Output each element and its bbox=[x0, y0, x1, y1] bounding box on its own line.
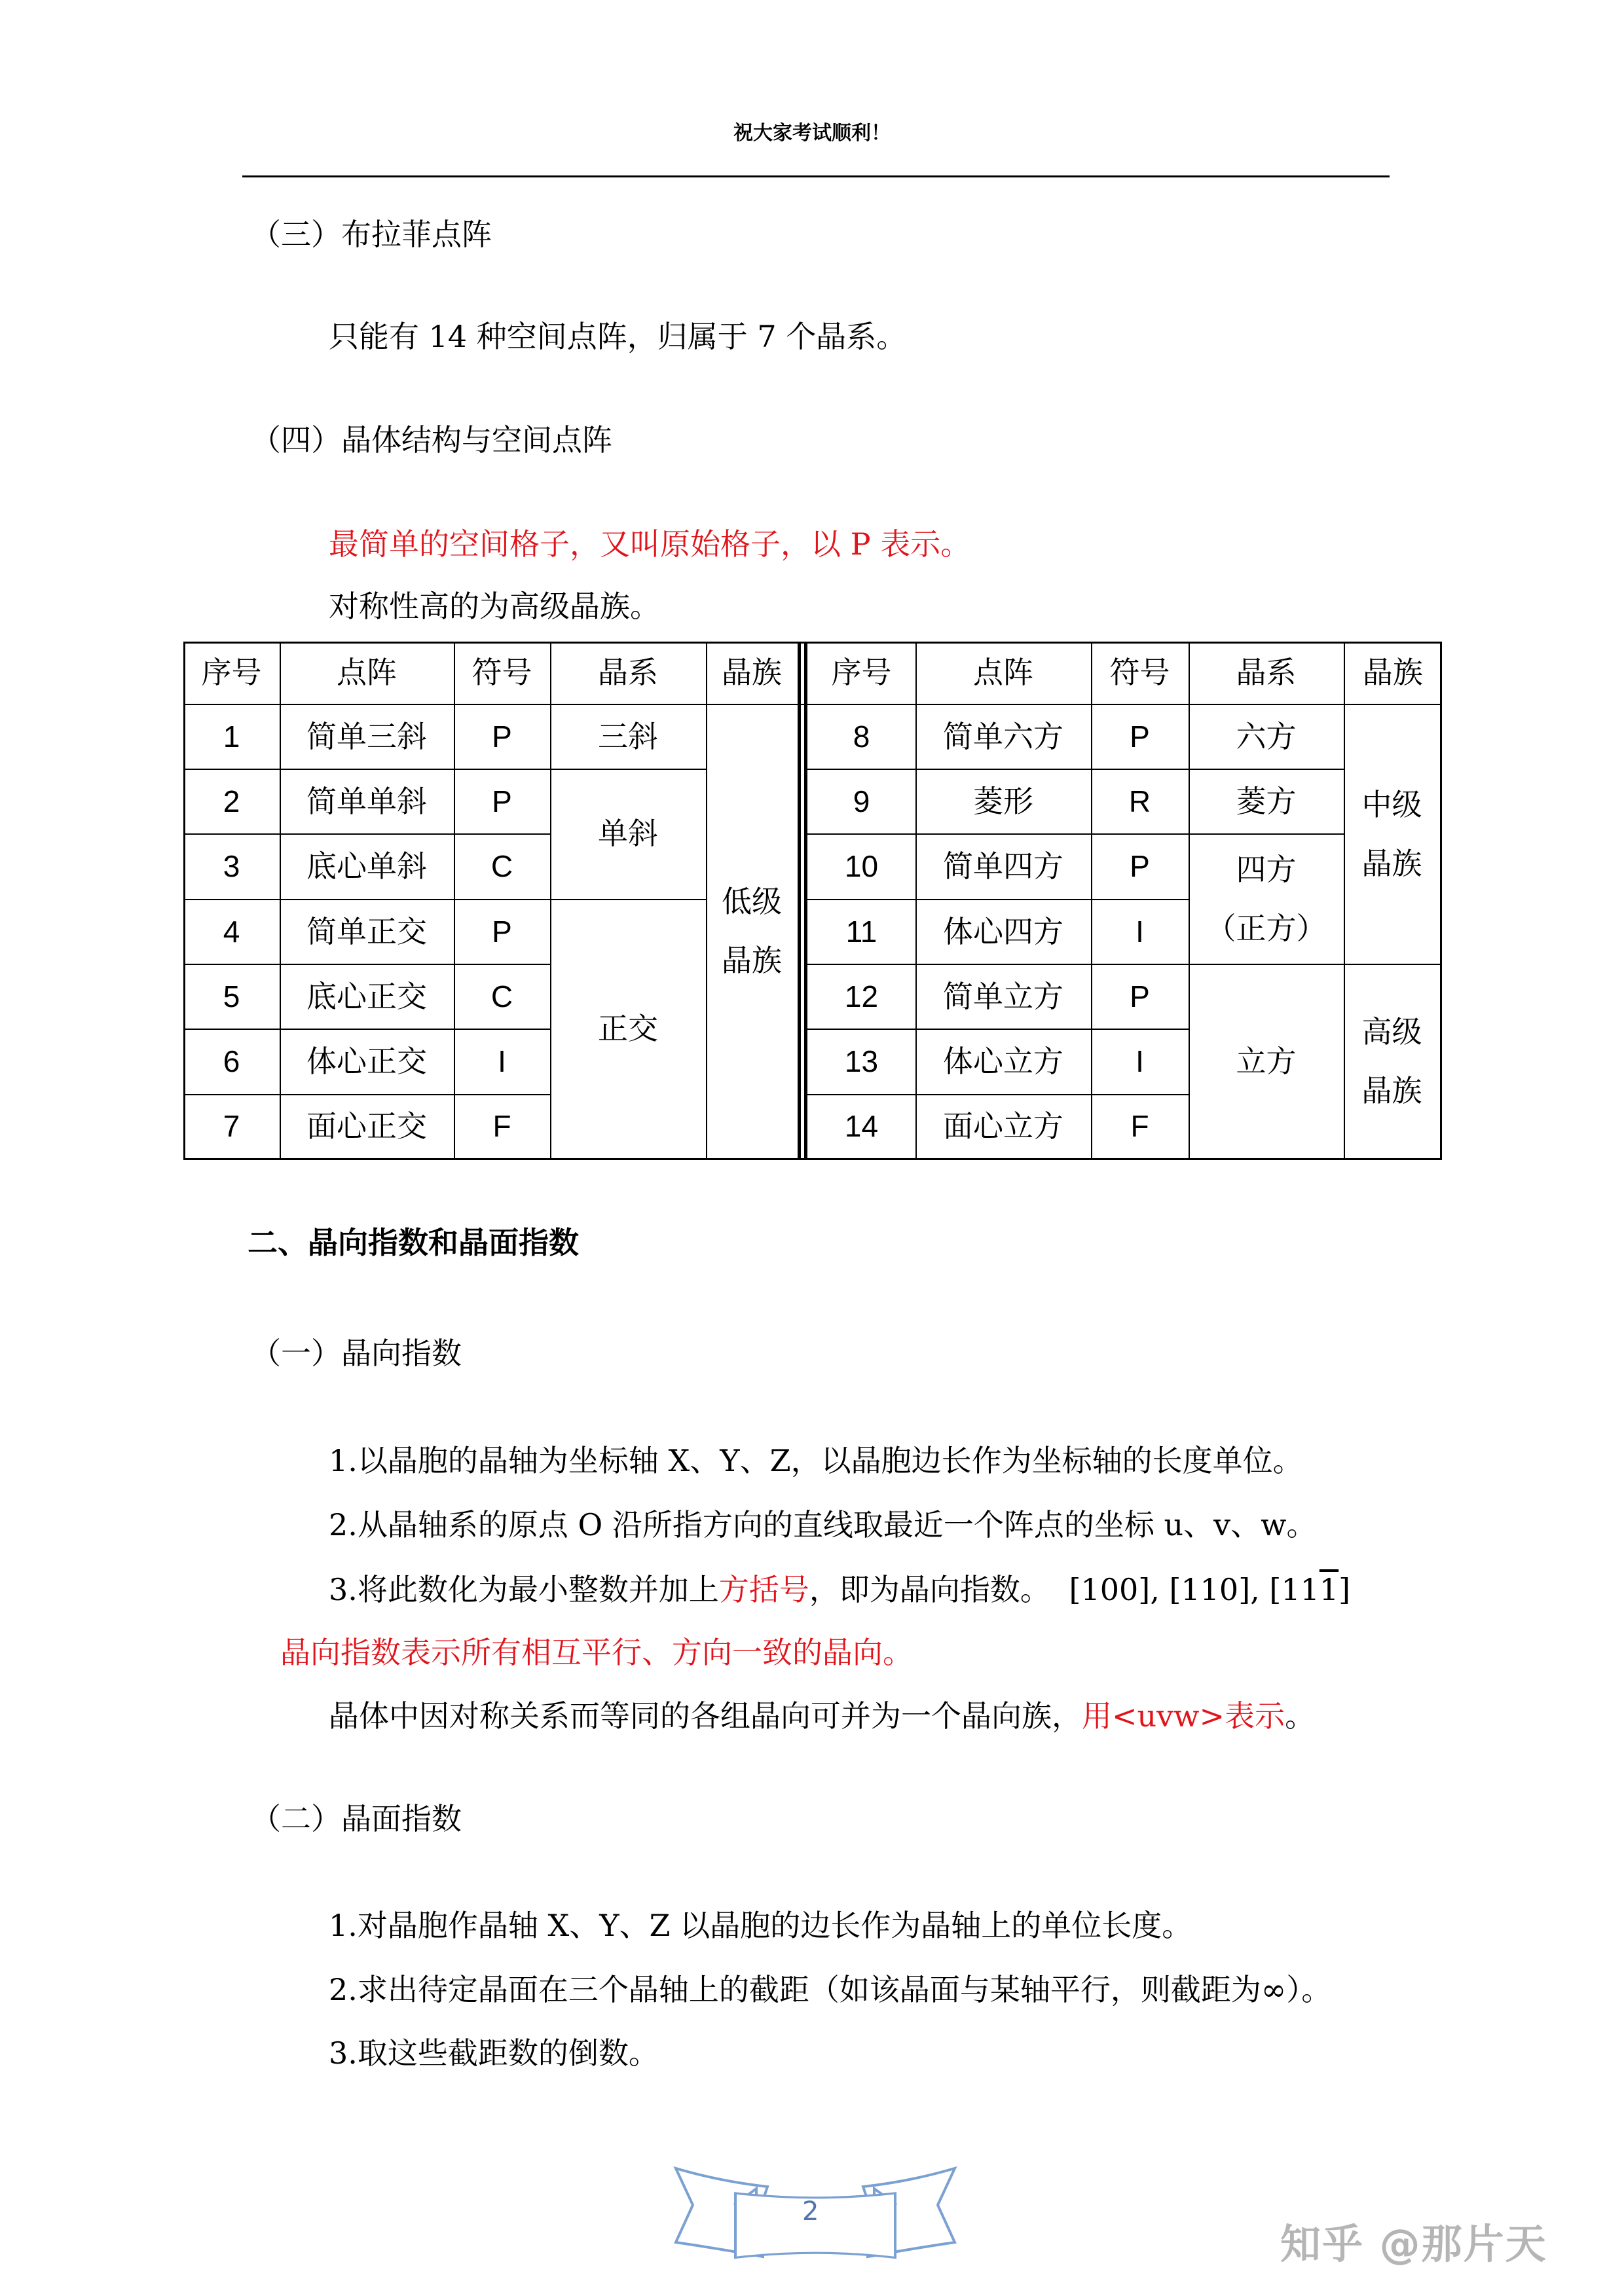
direction-step-1: 1.以晶胞的晶轴为坐标轴 X、Y、Z，以晶胞边长作为坐标轴的长度单位。 bbox=[329, 1437, 1303, 1480]
family-high-line1: 高级 bbox=[1362, 1003, 1422, 1062]
cell-lattice: 底心正交 bbox=[280, 964, 454, 1029]
cell-system-cubic: 立方 bbox=[1189, 964, 1344, 1159]
family-middle-line2: 晶族 bbox=[1362, 835, 1422, 894]
cell-no: 1 bbox=[183, 704, 280, 769]
cell-symbol: F bbox=[454, 1095, 550, 1159]
header-no: 序号 bbox=[807, 642, 915, 704]
double-divider-left bbox=[798, 642, 801, 1160]
cell-lattice: 体心立方 bbox=[915, 1029, 1091, 1094]
cell-symbol: P bbox=[1091, 834, 1189, 899]
cell-no: 12 bbox=[807, 964, 915, 1029]
cell-symbol: P bbox=[454, 769, 550, 834]
cell-lattice: 简单三斜 bbox=[280, 704, 454, 769]
cell-symbol: R bbox=[1091, 769, 1189, 834]
cell-lattice: 底心单斜 bbox=[280, 834, 454, 899]
cell-no: 3 bbox=[183, 834, 280, 899]
family-red: 用<uvw>表示 bbox=[1082, 1698, 1285, 1734]
heading-bravais-lattice: （三）布拉菲点阵 bbox=[251, 211, 492, 254]
header-system: 晶系 bbox=[1189, 642, 1344, 704]
watermark-text: 知乎 @那片天 bbox=[1280, 2212, 1547, 2270]
heading-indices: 二、晶向指数和晶面指数 bbox=[248, 1219, 579, 1262]
cell-family-high: 高级 晶族 bbox=[1344, 964, 1440, 1159]
family-high-line2: 晶族 bbox=[1362, 1062, 1422, 1121]
family-middle-line1: 中级 bbox=[1362, 776, 1422, 835]
cell-symbol: I bbox=[1091, 900, 1189, 964]
cell-lattice: 体心四方 bbox=[915, 900, 1091, 964]
cell-symbol: P bbox=[1091, 704, 1189, 769]
step3-prefix: 3.将此数化为最小整数并加上 bbox=[329, 1572, 719, 1607]
page-number: 2 bbox=[802, 2196, 819, 2227]
page-header-title: 祝大家考试顺利！ bbox=[0, 117, 1624, 145]
cell-lattice: 简单正交 bbox=[280, 900, 454, 964]
paragraph-primitive-cell: 最简单的空间格子，又叫原始格子，以 P 表示。 bbox=[329, 520, 970, 564]
cell-lattice: 菱形 bbox=[915, 769, 1091, 834]
cell-symbol: I bbox=[1091, 1029, 1189, 1094]
cell-symbol: P bbox=[1091, 964, 1189, 1029]
step3-suffix: ，即为晶向指数。 bbox=[809, 1572, 1050, 1607]
header-family: 晶族 bbox=[706, 642, 798, 704]
overbar-digit: 1 bbox=[1319, 1572, 1338, 1607]
cell-family-middle: 中级 晶族 bbox=[1344, 704, 1440, 964]
heading-direction-index: （一）晶向指数 bbox=[251, 1330, 462, 1373]
header-no: 序号 bbox=[183, 642, 280, 704]
plane-step-1: 1.对晶胞作晶轴 X、Y、Z 以晶胞的边长作为晶轴上的单位长度。 bbox=[329, 1902, 1192, 1945]
cell-symbol: C bbox=[454, 834, 550, 899]
cell-no: 10 bbox=[807, 834, 915, 899]
direction-step-2: 2.从晶轴系的原点 O 沿所指方向的直线取最近一个阵点的坐标 u、v、w。 bbox=[329, 1501, 1316, 1544]
heading-plane-index: （二）晶面指数 bbox=[251, 1795, 462, 1838]
cell-system-tetragonal: 四方 （正方） bbox=[1189, 834, 1344, 964]
header-system: 晶系 bbox=[550, 642, 706, 704]
cell-no: 7 bbox=[183, 1095, 280, 1159]
cell-no: 13 bbox=[807, 1029, 915, 1094]
cell-system-rhombohedral: 菱方 bbox=[1189, 769, 1344, 834]
header-family: 晶族 bbox=[1344, 642, 1442, 704]
family-suffix: 。 bbox=[1285, 1698, 1315, 1734]
header-lattice: 点阵 bbox=[280, 642, 454, 704]
examples-close: ] bbox=[1338, 1572, 1350, 1607]
header-symbol: 符号 bbox=[454, 642, 550, 704]
cell-lattice: 简单单斜 bbox=[280, 769, 454, 834]
heading-crystal-structure: （四）晶体结构与空间点阵 bbox=[251, 416, 612, 460]
paragraph-high-family: 对称性高的为高级晶族。 bbox=[329, 583, 660, 626]
cell-symbol: P bbox=[454, 704, 550, 769]
cell-lattice: 面心立方 bbox=[915, 1095, 1091, 1159]
direction-examples: [100], [110], [111] bbox=[1069, 1572, 1351, 1607]
table-border-right bbox=[1440, 642, 1442, 1160]
cell-lattice: 体心正交 bbox=[280, 1029, 454, 1094]
cell-no: 14 bbox=[807, 1095, 915, 1159]
header-divider bbox=[242, 175, 1390, 177]
family-prefix: 晶体中因对称关系而等同的各组晶向可并为一个晶向族， bbox=[329, 1698, 1082, 1734]
direction-red-note: 晶向指数表示所有相互平行、方向一致的晶向。 bbox=[280, 1629, 913, 1672]
step3-red-term: 方括号 bbox=[719, 1572, 809, 1607]
cell-symbol: C bbox=[454, 964, 550, 1029]
header-symbol: 符号 bbox=[1091, 642, 1189, 704]
direction-step-3: 3.将此数化为最小整数并加上方括号，即为晶向指数。 [100], [110], … bbox=[329, 1566, 1350, 1609]
cell-no: 11 bbox=[807, 900, 915, 964]
family-low-line1: 低级 bbox=[722, 873, 782, 932]
family-low-line2: 晶族 bbox=[722, 932, 782, 991]
cell-symbol: F bbox=[1091, 1095, 1189, 1159]
direction-family-note: 晶体中因对称关系而等同的各组晶向可并为一个晶向族，用<uvw>表示。 bbox=[329, 1692, 1315, 1736]
cell-no: 6 bbox=[183, 1029, 280, 1094]
cell-symbol: P bbox=[454, 900, 550, 964]
cell-lattice: 面心正交 bbox=[280, 1095, 454, 1159]
cell-no: 5 bbox=[183, 964, 280, 1029]
cell-lattice: 简单立方 bbox=[915, 964, 1091, 1029]
cell-lattice: 简单六方 bbox=[915, 704, 1091, 769]
cell-system-monoclinic: 单斜 bbox=[550, 769, 706, 899]
cell-symbol: I bbox=[454, 1029, 550, 1094]
cell-no: 2 bbox=[183, 769, 280, 834]
plane-step-3: 3.取这些截距数的倒数。 bbox=[329, 2030, 659, 2073]
header-lattice: 点阵 bbox=[915, 642, 1091, 704]
examples-text: [100], [110], [11 bbox=[1069, 1572, 1319, 1607]
bravais-lattice-table: 序号 点阵 符号 晶系 晶族 序号 点阵 符号 晶系 晶族 1 简单三斜 P 2… bbox=[183, 642, 1442, 1160]
cell-family-low: 低级 晶族 bbox=[706, 704, 798, 1159]
plane-step-2: 2.求出待定晶面在三个晶轴上的截距（如该晶面与某轴平行，则截距为∞）。 bbox=[329, 1966, 1331, 2009]
cell-no: 4 bbox=[183, 900, 280, 964]
cell-system-hexagonal: 六方 bbox=[1189, 704, 1344, 769]
cell-system-triclinic: 三斜 bbox=[550, 704, 706, 769]
cell-system-orthorhombic: 正交 bbox=[550, 900, 706, 1159]
cell-lattice: 简单四方 bbox=[915, 834, 1091, 899]
tetragonal-line2: （正方） bbox=[1206, 900, 1327, 958]
tetragonal-line1: 四方 bbox=[1236, 841, 1297, 900]
cell-no: 9 bbox=[807, 769, 915, 834]
paragraph-bravais: 只能有 14 种空间点阵，归属于 7 个晶系。 bbox=[329, 313, 906, 356]
cell-no: 8 bbox=[807, 704, 915, 769]
